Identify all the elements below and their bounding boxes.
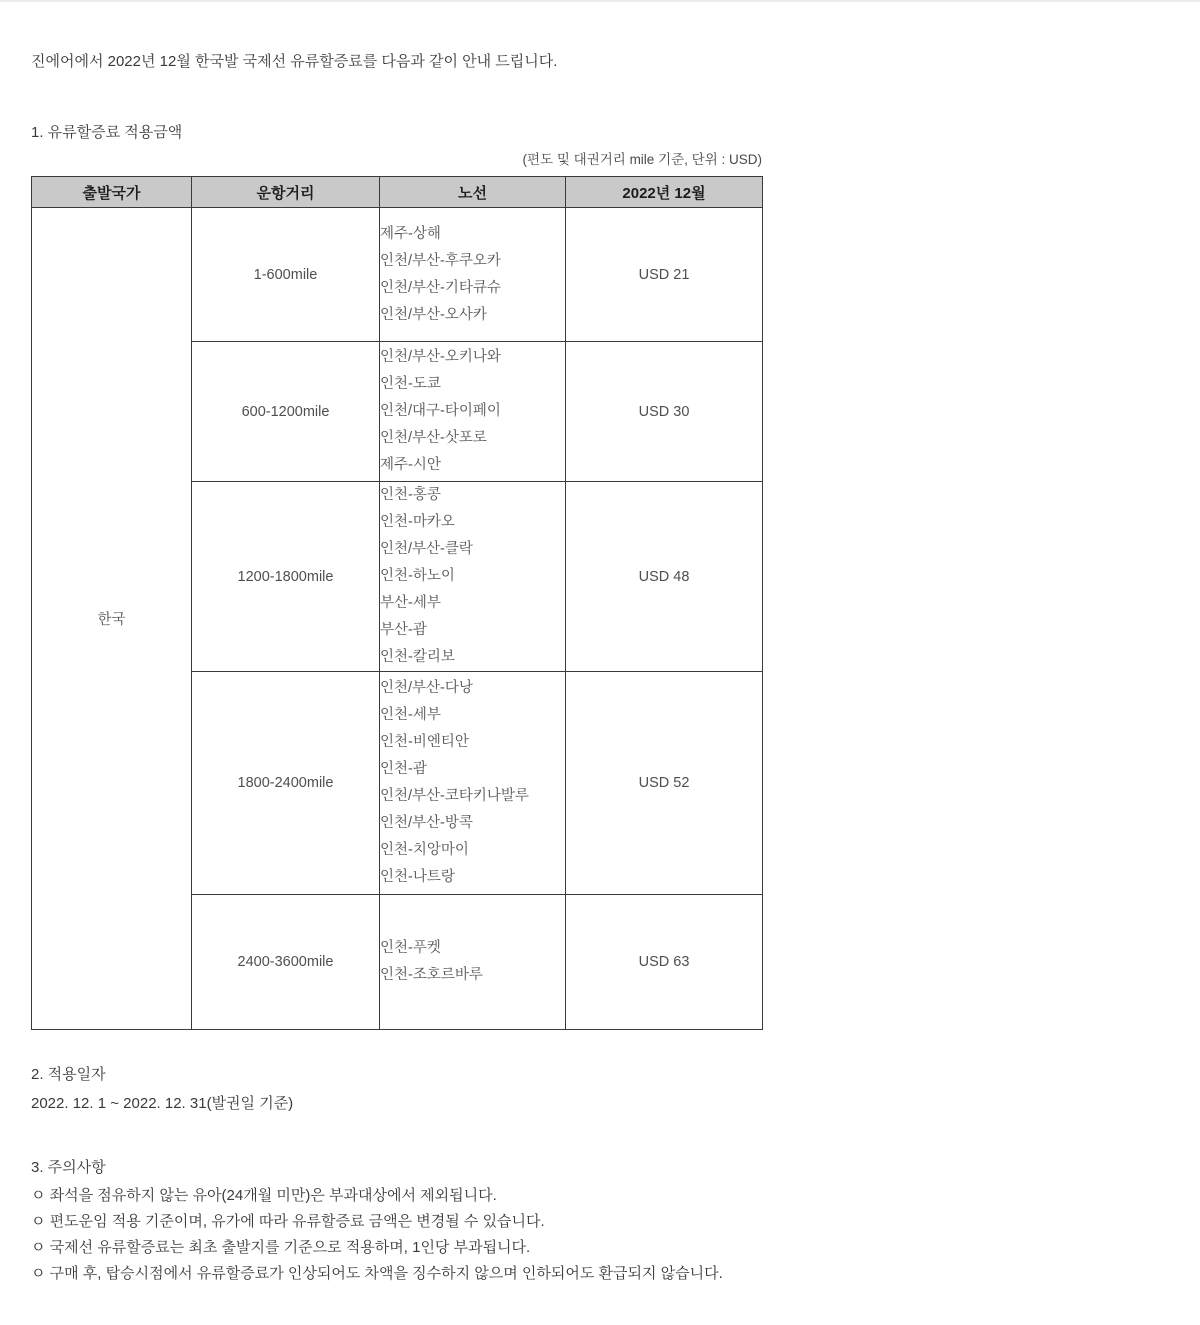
route-line: 인천/부산-오사카 [380, 302, 565, 329]
header-departure-country: 출발국가 [32, 177, 192, 208]
price-cell: USD 30 [566, 342, 763, 482]
route-line: 인천-하노이 [380, 563, 565, 590]
notice-list: ㅇ 좌석을 점유하지 않는 유아(24개월 미만)은 부과대상에서 제외됩니다.… [31, 1183, 762, 1287]
routes-cell: 인천-홍콩 인천-마카오 인천/부산-클락 인천-하노이 부산-세부 부산-괌 … [380, 482, 566, 672]
route-line: 인천-도쿄 [380, 371, 565, 398]
distance-cell: 2400-3600mile [192, 895, 380, 1030]
route-line: 인천-푸켓 [380, 935, 565, 962]
route-line: 인천-비엔티안 [380, 729, 565, 756]
route-line: 인천-칼리보 [380, 644, 565, 671]
distance-cell: 600-1200mile [192, 342, 380, 482]
price-cell: USD 48 [566, 482, 763, 672]
route-line: 인천-홍콩 [380, 482, 565, 509]
route-line: 인천/부산-클락 [380, 536, 565, 563]
notice-item: ㅇ 구매 후, 탑승시점에서 유류할증료가 인상되어도 차액을 징수하지 않으며… [31, 1261, 762, 1287]
table-header-row: 출발국가 운항거리 노선 2022년 12월 [32, 177, 763, 208]
header-route: 노선 [380, 177, 566, 208]
route-line: 인천/부산-오키나와 [380, 344, 565, 371]
section-1-title: 1. 유류할증료 적용금액 [31, 123, 762, 143]
route-line: 인천/부산-후쿠오카 [380, 248, 565, 275]
notice-item: ㅇ 국제선 유류할증료는 최초 출발지를 기준으로 적용하며, 1인당 부과됩니… [31, 1235, 762, 1261]
route-line: 제주-상해 [380, 221, 565, 248]
header-flight-distance: 운항거리 [192, 177, 380, 208]
route-line: 인천/대구-타이페이 [380, 398, 565, 425]
header-month: 2022년 12월 [566, 177, 763, 208]
distance-cell: 1-600mile [192, 208, 380, 342]
route-line: 인천-마카오 [380, 509, 565, 536]
route-line: 인천-나트랑 [380, 864, 565, 891]
route-line: 부산-괌 [380, 617, 565, 644]
route-line: 인천/부산-방콕 [380, 810, 565, 837]
notice-item: ㅇ 편도운임 적용 기준이며, 유가에 따라 유류할증료 금액은 변경될 수 있… [31, 1209, 762, 1235]
routes-cell: 인천-푸켓 인천-조호르바루 [380, 895, 566, 1030]
country-cell: 한국 [32, 208, 192, 1030]
routes-cell: 제주-상해 인천/부산-후쿠오카 인천/부산-기타큐슈 인천/부산-오사카 [380, 208, 566, 342]
route-line: 인천-세부 [380, 702, 565, 729]
price-cell: USD 52 [566, 672, 763, 895]
route-line: 인천/부산-다낭 [380, 675, 565, 702]
distance-cell: 1800-2400mile [192, 672, 380, 895]
price-cell: USD 63 [566, 895, 763, 1030]
table-row: 한국 1-600mile 제주-상해 인천/부산-후쿠오카 인천/부산-기타큐슈… [32, 208, 763, 342]
application-period: 2022. 12. 1 ~ 2022. 12. 31(발권일 기준) [31, 1094, 762, 1114]
section-2-title: 2. 적용일자 [31, 1065, 762, 1085]
price-cell: USD 21 [566, 208, 763, 342]
notice-document: 진에어에서 2022년 12월 한국발 국제선 유류할증료를 다음과 같이 안내… [31, 2, 762, 1287]
document-intro: 진에어에서 2022년 12월 한국발 국제선 유류할증료를 다음과 같이 안내… [31, 2, 762, 72]
route-line: 제주-시안 [380, 452, 565, 479]
route-line: 인천/부산-코타키나발루 [380, 783, 565, 810]
notice-item: ㅇ 좌석을 점유하지 않는 유아(24개월 미만)은 부과대상에서 제외됩니다. [31, 1183, 762, 1209]
route-line: 인천/부산-기타큐슈 [380, 275, 565, 302]
route-line: 인천-괌 [380, 756, 565, 783]
route-line: 인천-조호르바루 [380, 962, 565, 989]
route-line: 인천/부산-삿포로 [380, 425, 565, 452]
fuel-surcharge-table: 출발국가 운항거리 노선 2022년 12월 한국 1-600mile 제주-상… [31, 176, 763, 1030]
route-line: 부산-세부 [380, 590, 565, 617]
routes-cell: 인천/부산-다낭 인천-세부 인천-비엔티안 인천-괌 인천/부산-코타키나발루… [380, 672, 566, 895]
table-unit-note: (편도 및 대권거리 mile 기준, 단위 : USD) [31, 151, 762, 169]
section-3-title: 3. 주의사항 [31, 1158, 762, 1178]
distance-cell: 1200-1800mile [192, 482, 380, 672]
route-line: 인천-치앙마이 [380, 837, 565, 864]
routes-cell: 인천/부산-오키나와 인천-도쿄 인천/대구-타이페이 인천/부산-삿포로 제주… [380, 342, 566, 482]
